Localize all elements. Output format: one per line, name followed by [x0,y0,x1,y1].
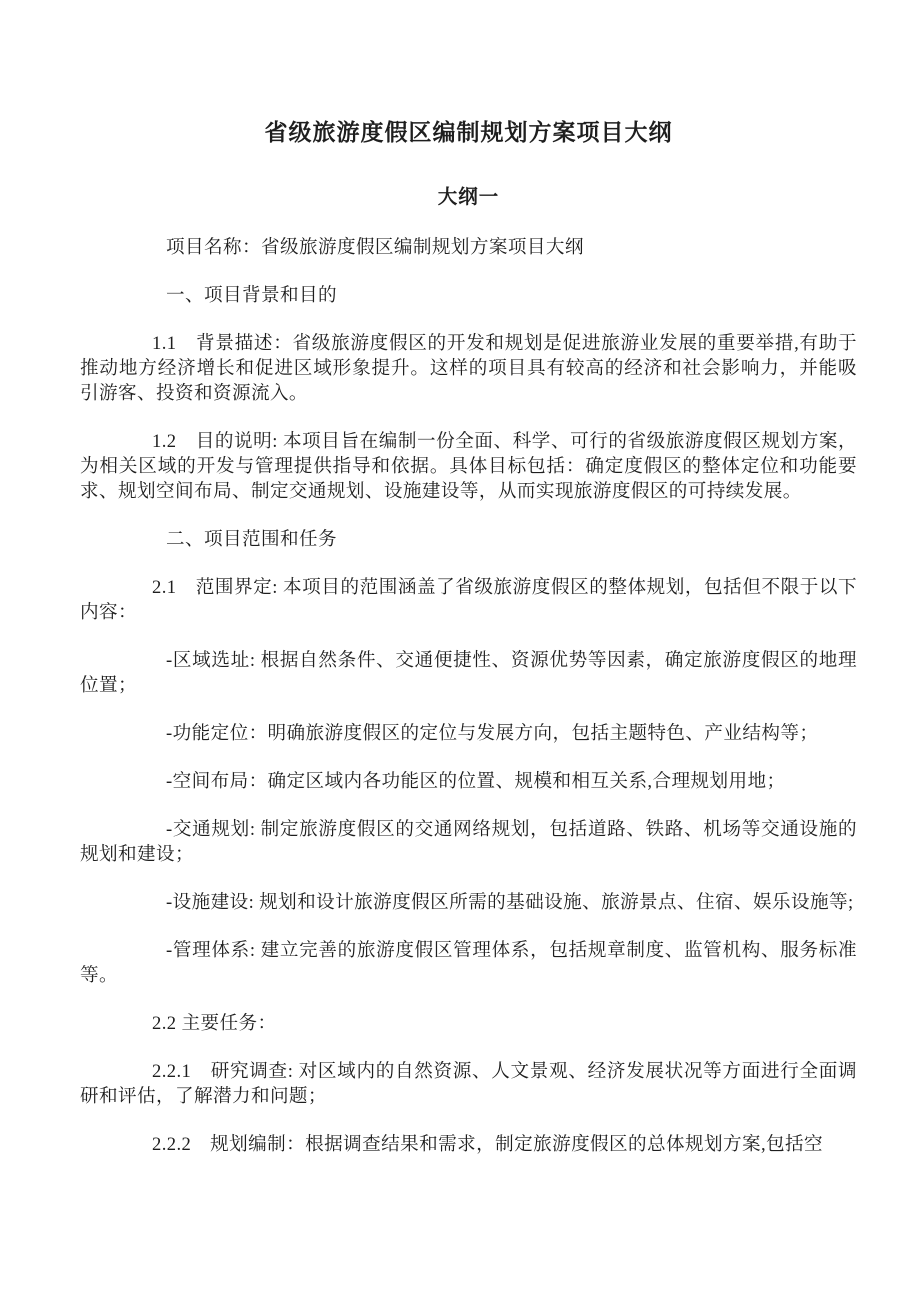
list-item-management-system: -管理体系: 建立完善的旅游度假区管理体系，包括规章制度、监管机构、服务标准等。 [80,938,857,988]
list-item-facility-construction: -设施建设: 规划和设计旅游度假区所需的基础设施、旅游景点、住宿、娱乐设施等; [80,890,857,915]
section-heading-2: 二、项目范围和任务 [80,527,857,552]
para-1-2-purpose: 1.2 目的说明: 本项目旨在编制一份全面、科学、可行的省级旅游度假区规划方案，… [80,429,857,504]
list-item-functional-positioning: -功能定位：明确旅游度假区的定位与发展方向，包括主题特色、产业结构等； [80,721,857,746]
list-item-site-selection: -区域选址: 根据自然条件、交通便捷性、资源优势等因素，确定旅游度假区的地理位置… [80,648,857,698]
para-2-2-1-research: 2.2.1 研究调查: 对区域内的自然资源、人文景观、经济发展状况等方面进行全面… [80,1059,857,1109]
para-project-name: 项目名称：省级旅游度假区编制规划方案项目大纲 [80,235,857,260]
document-title: 省级旅游度假区编制规划方案项目大纲 [80,118,857,148]
list-item-spatial-layout: -空间布局：确定区域内各功能区的位置、规模和相互关系,合理规划用地； [80,769,857,794]
list-item-traffic-planning: -交通规划: 制定旅游度假区的交通网络规划，包括道路、铁路、机场等交通设施的规划… [80,817,857,867]
para-2-1-scope: 2.1 范围界定: 本项目的范围涵盖了省级旅游度假区的整体规划，包括但不限于以下… [80,575,857,625]
para-2-2-2-plan-compilation: 2.2.2 规划编制：根据调查结果和需求，制定旅游度假区的总体规划方案,包括空 [80,1132,857,1157]
para-1-1-background: 1.1 背景描述：省级旅游度假区的开发和规划是促进旅游业发展的重要举措,有助于推… [80,331,857,406]
outline-label: 大纲一 [80,185,857,211]
document-page: 省级旅游度假区编制规划方案项目大纲 大纲一 项目名称：省级旅游度假区编制规划方案… [0,0,920,1301]
section-heading-1: 一、项目背景和目的 [80,283,857,308]
para-2-2-main-tasks: 2.2 主要任务： [80,1011,857,1036]
